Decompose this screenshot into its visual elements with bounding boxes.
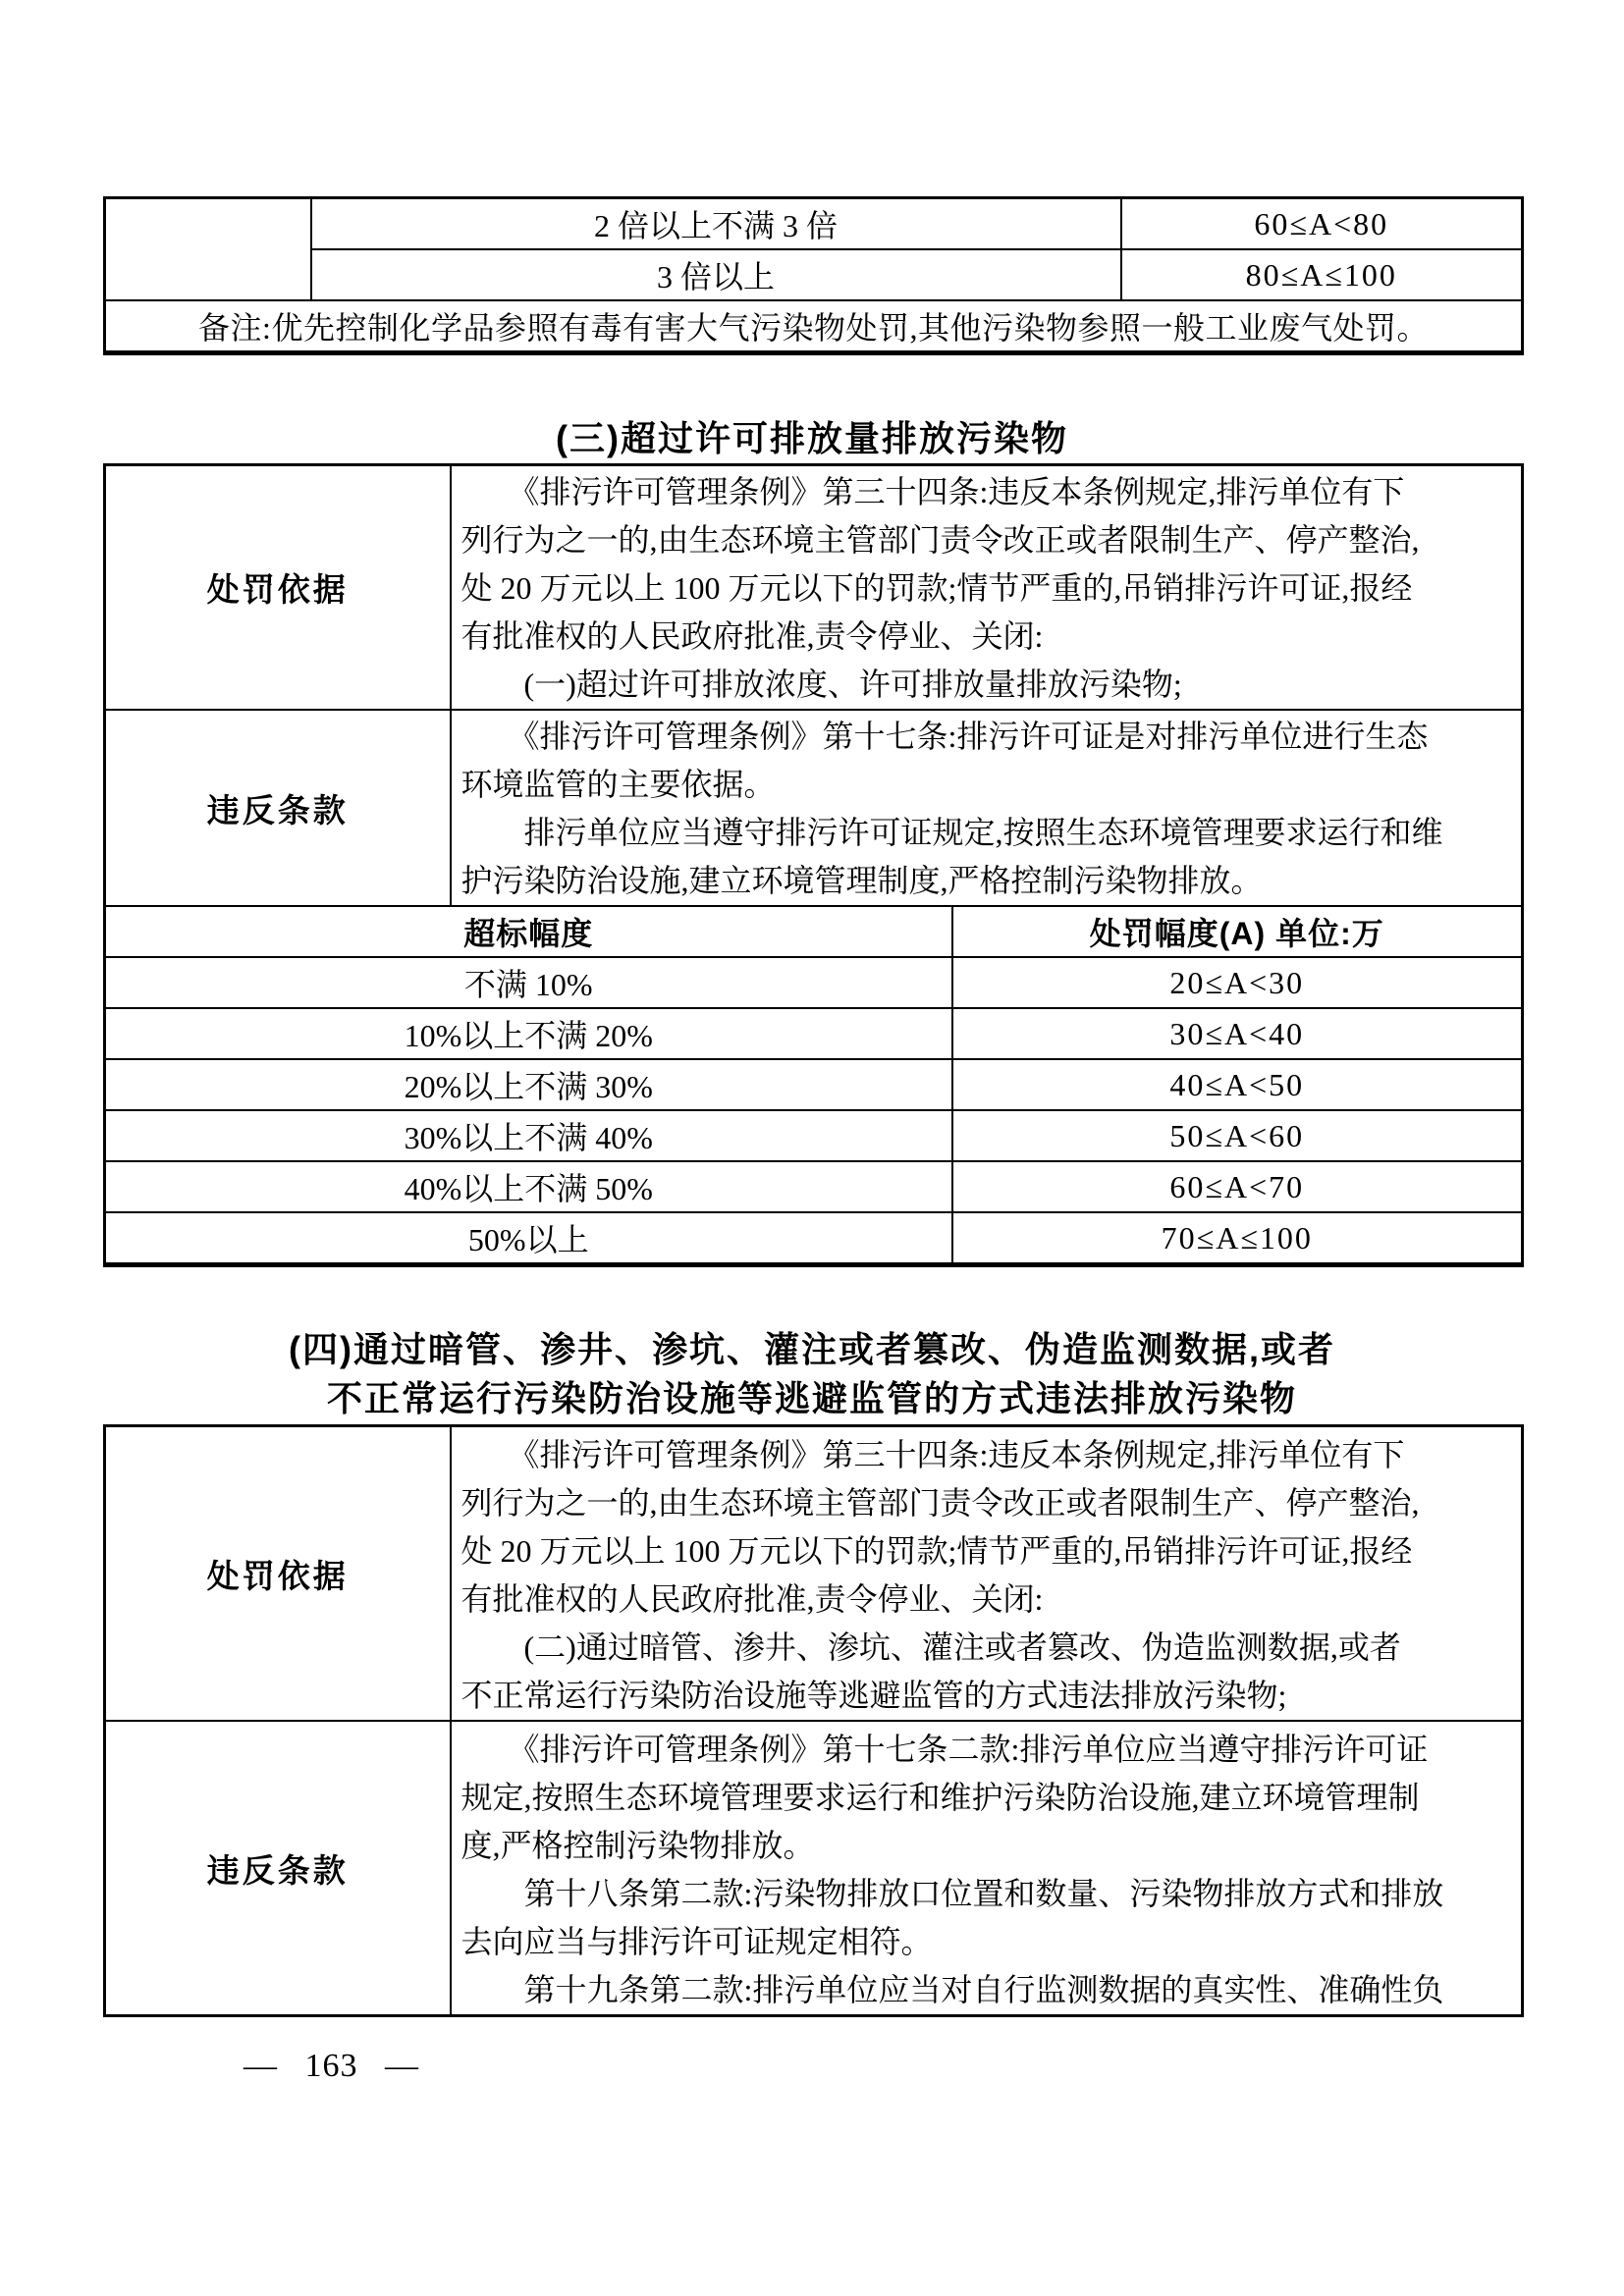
table-row: 处罚依据 《排污许可管理条例》第三十四条:违反本条例规定,排污单位有下 列行为之… [105, 1426, 1523, 1722]
exceed-range-cell: 2 倍以上不满 3 倍 [311, 198, 1121, 250]
table-row: 2 倍以上不满 3 倍 60≤A<80 [105, 198, 1523, 250]
exceed-range-cell: 3 倍以上 [311, 249, 1121, 300]
violation-clause-label-cell: 违反条款 [105, 710, 451, 906]
exceed-range-cell: 不满 10% [105, 957, 952, 1008]
penalty-amount-cell: 40≤A<50 [952, 1059, 1523, 1110]
penalty-basis-text-cell: 《排污许可管理条例》第三十四条:违反本条例规定,排污单位有下 列行为之一的,由生… [451, 465, 1523, 711]
exceed-range-cell: 40%以上不满 50% [105, 1161, 952, 1212]
violation-clause-text: 《排污许可管理条例》第十七条二款:排污单位应当遵守排污许可证 规定,按照生态环境… [452, 1722, 1522, 2014]
table-row: 40%以上不满 50% 60≤A<70 [105, 1161, 1523, 1212]
table-row: 违反条款 《排污许可管理条例》第十七条:排污许可证是对排污单位进行生态 环境监管… [105, 710, 1523, 906]
range-header-cell: 超标幅度 [105, 906, 952, 957]
exceed-range-cell: 20%以上不满 30% [105, 1059, 952, 1110]
penalty-amount-cell: 20≤A<30 [952, 957, 1523, 1008]
penalty-amount-cell: 70≤A≤100 [952, 1212, 1523, 1265]
table-row: 30%以上不满 40% 50≤A<60 [105, 1110, 1523, 1161]
exceed-range-cell: 50%以上 [105, 1212, 952, 1265]
table-row: 违反条款 《排污许可管理条例》第十七条二款:排污单位应当遵守排污许可证 规定,按… [105, 1721, 1523, 2016]
penalty-amount-cell: 60≤A<70 [952, 1161, 1523, 1212]
section3-title: (三)超过许可排放量排放污染物 [0, 414, 1624, 463]
penalty-amount-cell: 80≤A≤100 [1121, 249, 1523, 300]
document-page: 2 倍以上不满 3 倍 60≤A<80 3 倍以上 80≤A≤100 备注:优先… [0, 0, 1624, 2296]
table-row: 备注:优先控制化学品参照有毒有害大气污染物处罚,其他污染物参照一般工业废气处罚。 [105, 300, 1523, 353]
section4-title-line2: 不正常运行污染防治设施等逃避监管的方式违法排放污染物 [0, 1374, 1624, 1423]
penalty-amount-cell: 30≤A<40 [952, 1008, 1523, 1059]
section4-table: 处罚依据 《排污许可管理条例》第三十四条:违反本条例规定,排污单位有下 列行为之… [103, 1424, 1524, 2017]
violation-clause-text-cell: 《排污许可管理条例》第十七条二款:排污单位应当遵守排污许可证 规定,按照生态环境… [451, 1721, 1523, 2016]
penalty-basis-text: 《排污许可管理条例》第三十四条:违反本条例规定,排污单位有下 列行为之一的,由生… [452, 1427, 1522, 1720]
penalty-basis-label-cell: 处罚依据 [105, 1426, 451, 1722]
table-row: 处罚依据 《排污许可管理条例》第三十四条:违反本条例规定,排污单位有下 列行为之… [105, 465, 1523, 711]
violation-clause-text: 《排污许可管理条例》第十七条:排污许可证是对排污单位进行生态 环境监管的主要依据… [452, 711, 1522, 905]
penalty-basis-label-cell: 处罚依据 [105, 465, 451, 711]
penalty-basis-text-cell: 《排污许可管理条例》第三十四条:违反本条例规定,排污单位有下 列行为之一的,由生… [451, 1426, 1523, 1722]
penalty-amount-cell: 60≤A<80 [1121, 198, 1523, 250]
table-row: 50%以上 70≤A≤100 [105, 1212, 1523, 1265]
note-cell: 备注:优先控制化学品参照有毒有害大气污染物处罚,其他污染物参照一般工业废气处罚。 [105, 300, 1523, 353]
table-row: 20%以上不满 30% 40≤A<50 [105, 1059, 1523, 1110]
penalty-basis-text: 《排污许可管理条例》第三十四条:违反本条例规定,排污单位有下 列行为之一的,由生… [452, 466, 1522, 709]
violation-clause-label-cell: 违反条款 [105, 1721, 451, 2016]
table-row: 10%以上不满 20% 30≤A<40 [105, 1008, 1523, 1059]
section4-title-line1: (四)通过暗管、渗井、渗坑、灌注或者篡改、伪造监测数据,或者 [0, 1325, 1624, 1374]
empty-category-cell [105, 198, 311, 301]
amount-header-cell: 处罚幅度(A) 单位:万 [952, 906, 1523, 957]
penalty-amount-cell: 50≤A<60 [952, 1110, 1523, 1161]
carryover-penalty-table: 2 倍以上不满 3 倍 60≤A<80 3 倍以上 80≤A≤100 备注:优先… [103, 196, 1524, 355]
page-number: — 163 — [244, 2048, 419, 2085]
violation-clause-text-cell: 《排污许可管理条例》第十七条:排污许可证是对排污单位进行生态 环境监管的主要依据… [451, 710, 1523, 906]
subtable-header-row: 超标幅度 处罚幅度(A) 单位:万 [105, 906, 1523, 957]
table-row: 不满 10% 20≤A<30 [105, 957, 1523, 1008]
exceed-range-cell: 10%以上不满 20% [105, 1008, 952, 1059]
section3-table: 处罚依据 《排污许可管理条例》第三十四条:违反本条例规定,排污单位有下 列行为之… [103, 463, 1524, 1267]
table-row: 3 倍以上 80≤A≤100 [105, 249, 1523, 300]
exceed-range-cell: 30%以上不满 40% [105, 1110, 952, 1161]
